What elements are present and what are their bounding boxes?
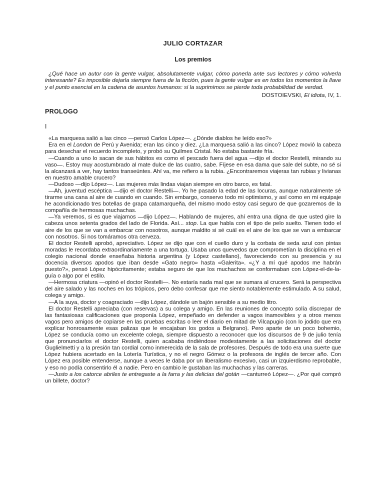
author-name: JULIO CORTAZAR [45,40,341,47]
epigraph-text: ¿Qué hace un autor con la gente vulgar, … [45,71,341,90]
paragraph-segment: London [73,142,92,148]
paragraph: El doctor Restelli aprobó, apreciativo. … [45,240,341,279]
paragraph: —Cuando a uno lo sacan de sus hábitos es… [45,155,341,181]
paragraph-segment: —Ah, juventud escéptica —dijo el doctor … [45,188,341,214]
page-content-area: JULIO CORTAZAR Los premios ¿Qué hace un … [45,40,341,490]
epigraph-attribution: DOSTOIEVSKI, El idiota, IV, 1. [45,92,341,99]
paragraph-segment: El doctor Restelli aprobó, apreciativo. … [45,240,341,279]
paragraph-segment: Era en el [49,142,74,148]
paragraph: —Justo a los catorce abriles te entregas… [45,371,341,384]
paragraph: —Ya veremos, si es que viajamos —dijo Ló… [45,214,341,240]
paragraph-segment: —Hermosa criatura —opinó el doctor Reste… [45,280,341,299]
paragraph-segment: Justo a los catorce abriles te entregast… [54,371,239,377]
attribution-work-title: El idiota [304,92,325,99]
section-heading: PROLOGO [45,109,341,116]
attribution-reference: , IV, 1. [325,92,341,99]
epigraph: ¿Qué hace un autor con la gente vulgar, … [45,71,341,91]
document-page: JULIO CORTAZAR Los premios ¿Qué hace un … [0,0,386,500]
paragraph-segment: —A la suya, doctor y coagraciado —dijo L… [49,299,278,305]
paragraph-segment: El doctor Restelli apreciaba (con reserv… [45,306,341,371]
paragraph-segment: —Cuando a uno lo sacan de sus hábitos es… [45,155,341,181]
paragraph-segment: stop [186,221,197,227]
body-paragraphs: «La marquesa salió a las cinco —pensó Ca… [45,136,341,385]
page-content: JULIO CORTAZAR Los premios ¿Qué hace un … [45,40,341,384]
paragraph: El doctor Restelli apreciaba (con reserv… [45,306,341,371]
paragraph-segment: —Dudoso —dijo López—. Las mujeres más li… [49,181,272,187]
attribution-author: DOSTOIEVSKI, [262,92,304,99]
paragraph: —Hermosa criatura —opinó el doctor Reste… [45,280,341,300]
book-title: Los premios [45,56,341,63]
paragraph: —Ah, juventud escéptica —dijo el doctor … [45,188,341,214]
paragraph: Era en el London de Perú y Avenida; eran… [45,142,341,155]
paragraph-segment: «La marquesa salió a las cinco —pensó Ca… [49,136,272,142]
chapter-number: I [45,124,341,131]
